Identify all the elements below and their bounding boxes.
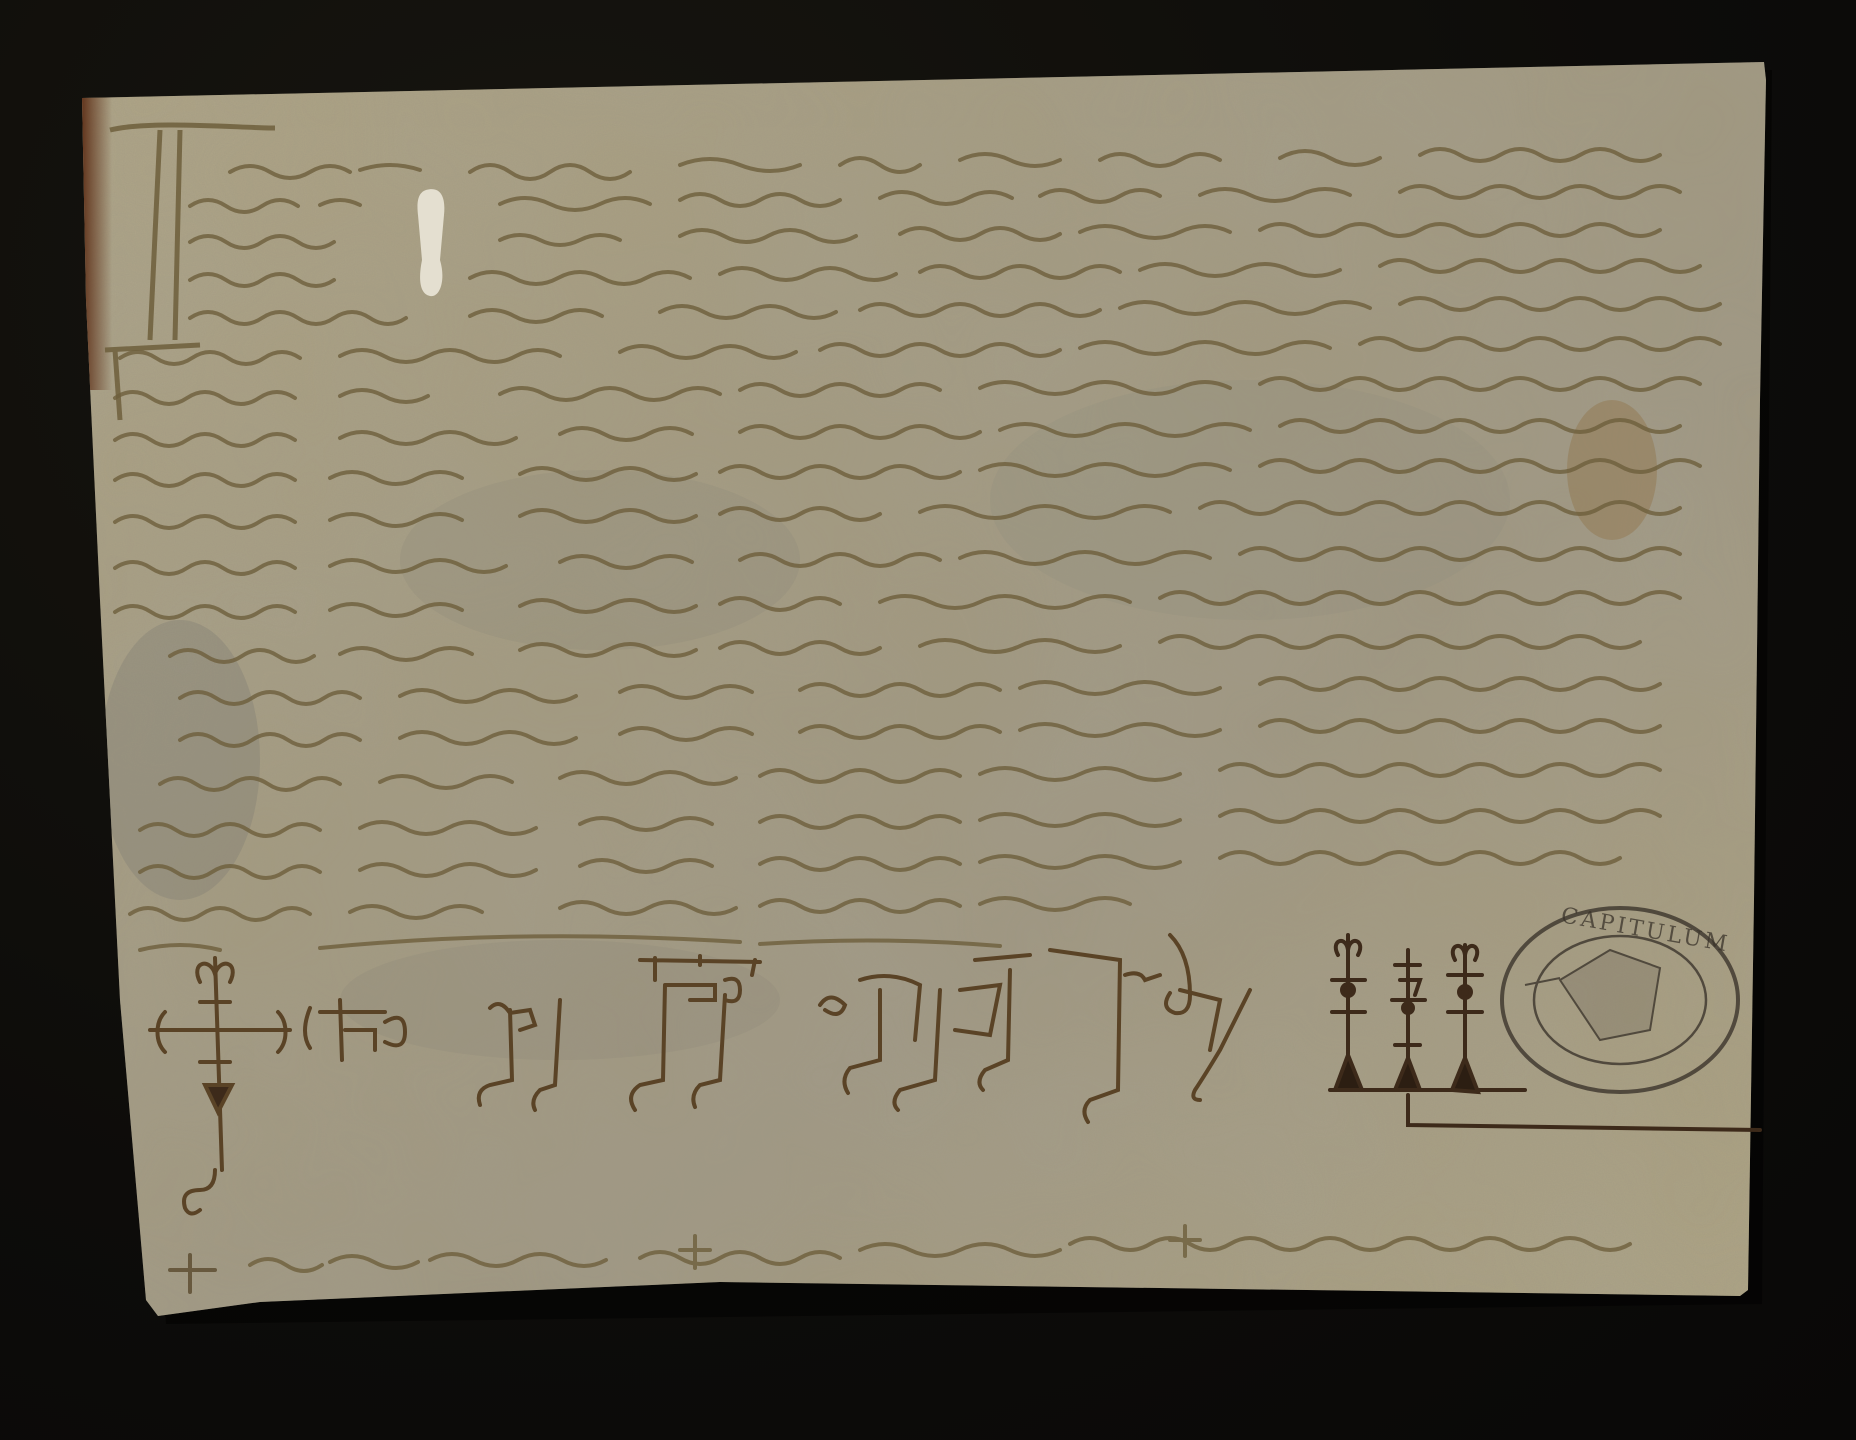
parchment-svg [0, 0, 1856, 1440]
parchment-charter: CAPITULUM [0, 0, 1856, 1440]
parchment-hole [417, 189, 444, 296]
parchment-grain [0, 0, 1856, 1440]
